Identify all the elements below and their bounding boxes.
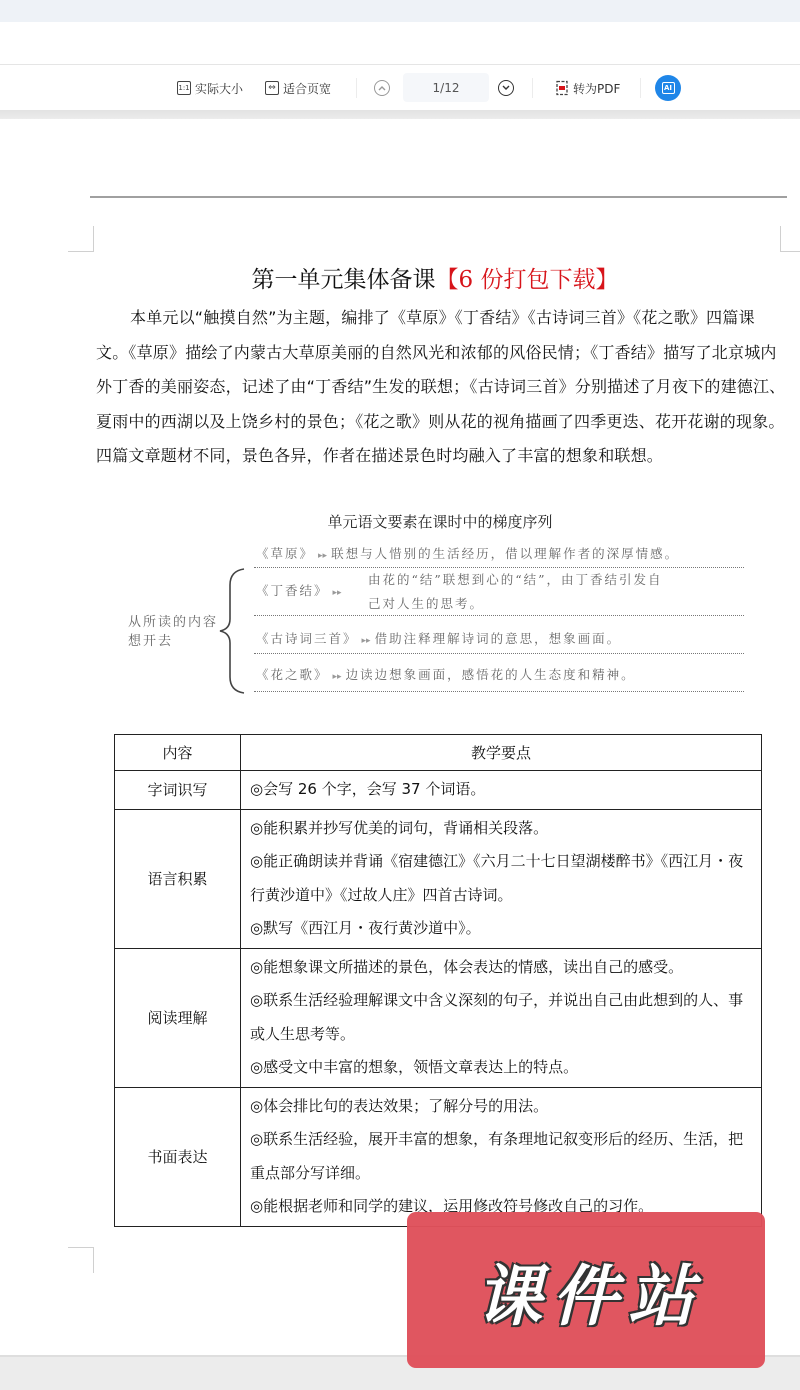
table-row: 字词识写 ◎会写 26 个字，会写 37 个词语。	[115, 771, 762, 810]
table-row: 阅读理解 ◎能想象课文所描述的景色，体会表达的情感，读出自己的感受。 ◎联系生活…	[115, 948, 762, 1087]
teaching-point: ◎默写《西江月・夜行黄沙道中》。	[250, 912, 753, 946]
teaching-point: ◎能正确朗读并背诵《宿建德江》《六月二十七日望湖楼醉书》《西江月・夜行黄沙道中》…	[250, 845, 753, 912]
lesson-name: 《草原》	[256, 546, 314, 561]
margin-corner-mark	[68, 1247, 94, 1273]
diagram-title: 单元语文要素在课时中的梯度序列	[240, 511, 640, 532]
chevron-up-icon	[378, 85, 386, 91]
row-category: 语言积累	[115, 809, 241, 948]
table-row: 书面表达 ◎体会排比句的表达效果；了解分号的用法。 ◎联系生活经验，展开丰富的想…	[115, 1087, 762, 1226]
document-page: 第一单元集体备课【6 份打包下载】 本单元以“触摸自然”为主题，编排了《草原》《…	[0, 119, 800, 1355]
pdf-convert-icon	[555, 80, 569, 96]
convert-pdf-label: 转为PDF	[573, 80, 620, 97]
fit-width-icon: ⇔	[265, 81, 279, 95]
diagram-row: 《草原》▸▸联想与人惜别的生活经历，借以理解作者的深厚情感。	[256, 544, 746, 562]
lesson-name: 《花之歌》	[256, 667, 329, 682]
double-arrow-icon: ▸▸	[333, 672, 342, 682]
watermark-stamp: 课件站	[400, 1207, 770, 1377]
double-arrow-icon: ▸▸	[318, 551, 327, 561]
teaching-point: ◎感受文中丰富的想象，领悟文章表达上的特点。	[250, 1051, 753, 1085]
double-arrow-icon: ▸▸	[333, 588, 342, 598]
row-category: 阅读理解	[115, 948, 241, 1087]
teaching-points-table: 内容 教学要点 字词识写 ◎会写 26 个字，会写 37 个词语。 语言积累 ◎…	[114, 734, 762, 1227]
toolbar-divider	[356, 78, 357, 98]
row-text: 联想与人惜别的生活经历，借以理解作者的深厚情感。	[331, 546, 679, 561]
dotted-divider	[254, 691, 744, 692]
double-arrow-icon: ▸▸	[362, 636, 371, 646]
document-title: 第一单元集体备课【6 份打包下载】	[0, 261, 800, 294]
fit-width-button[interactable]: ⇔ 适合页宽	[265, 74, 331, 102]
watermark-text: 课件站	[430, 1243, 750, 1338]
prev-page-button[interactable]	[374, 80, 390, 96]
table-row: 语言积累 ◎能积累并抄写优美的词句，背诵相关段落。 ◎能正确朗读并背诵《宿建德江…	[115, 809, 762, 948]
dotted-divider	[254, 567, 744, 568]
row-text: 边读边想象画面，感悟花的人生态度和精神。	[346, 667, 636, 682]
toolbar-divider	[532, 78, 533, 98]
header-rule	[90, 196, 787, 198]
dotted-divider	[254, 615, 744, 616]
margin-corner-mark	[68, 226, 94, 252]
header-content: 内容	[115, 735, 241, 771]
ai-icon: AI	[662, 82, 675, 94]
diagram-row: 《古诗词三首》▸▸借助注释理解诗词的意思，想象画面。	[256, 629, 746, 647]
actual-size-label: 实际大小	[195, 80, 243, 97]
page-indicator-text: 1/12	[433, 81, 460, 95]
row-points: ◎能想象课文所描述的景色，体会表达的情感，读出自己的感受。 ◎联系生活经验理解课…	[241, 948, 762, 1087]
chevron-down-icon	[502, 85, 510, 91]
header-bar	[0, 22, 800, 65]
next-page-button[interactable]	[498, 80, 514, 96]
dotted-divider	[254, 653, 744, 654]
lesson-name: 《古诗词三首》	[256, 631, 358, 646]
teaching-point: ◎联系生活经验理解课文中含义深刻的句子，并说出自己由此想到的人、事或人生思考等。	[250, 984, 753, 1051]
row-text-line: 由花的“结”联想到心的“结”，由丁香结引发自	[368, 572, 663, 587]
teaching-point: ◎联系生活经验，展开丰富的想象，有条理地记叙变形后的经历、生活，把重点部分写详细…	[250, 1123, 753, 1190]
header-teaching-points: 教学要点	[241, 735, 762, 771]
page-indicator[interactable]: 1/12	[403, 73, 489, 102]
teaching-point: ◎能积累并抄写优美的词句，背诵相关段落。	[250, 812, 753, 846]
row-category: 书面表达	[115, 1087, 241, 1226]
convert-pdf-button[interactable]: 转为PDF	[555, 74, 620, 102]
title-main: 第一单元集体备课	[252, 267, 436, 293]
teaching-point: ◎能想象课文所描述的景色，体会表达的情感，读出自己的感受。	[250, 951, 753, 985]
table-header-row: 内容 教学要点	[115, 735, 762, 771]
teaching-point: ◎会写 26 个字，会写 37 个词语。	[250, 773, 753, 807]
actual-size-button[interactable]: 1:1 实际大小	[177, 74, 243, 102]
fit-width-label: 适合页宽	[283, 80, 331, 97]
margin-corner-mark	[780, 226, 800, 252]
brace-icon	[218, 567, 248, 695]
ai-assistant-button[interactable]: AI	[655, 75, 681, 101]
row-points: ◎会写 26 个字，会写 37 个词语。	[241, 771, 762, 810]
toolbar-divider	[640, 78, 641, 98]
diagram-left-label: 从所读的内容想开去	[128, 613, 218, 651]
title-highlight: 【6 份打包下载】	[436, 267, 619, 293]
intro-paragraph: 本单元以“触摸自然”为主题，编排了《草原》《丁香结》《古诗词三首》《花之歌》四篇…	[96, 301, 786, 474]
diagram-row-text: 由花的“结”联想到心的“结”，由丁香结引发自	[368, 570, 748, 588]
diagram-row-text: 己对人生的思考。	[368, 594, 748, 612]
row-points: ◎体会排比句的表达效果；了解分号的用法。 ◎联系生活经验，展开丰富的想象，有条理…	[241, 1087, 762, 1226]
diagram-row: 《花之歌》▸▸边读边想象画面，感悟花的人生态度和精神。	[256, 665, 746, 683]
row-text-line: 己对人生的思考。	[368, 596, 484, 611]
row-category: 字词识写	[115, 771, 241, 810]
row-points: ◎能积累并抄写优美的词句，背诵相关段落。 ◎能正确朗读并背诵《宿建德江》《六月二…	[241, 809, 762, 948]
row-text: 借助注释理解诗词的意思，想象画面。	[375, 631, 622, 646]
teaching-point: ◎体会排比句的表达效果；了解分号的用法。	[250, 1090, 753, 1124]
lesson-name: 《丁香结》	[256, 583, 329, 598]
actual-size-icon: 1:1	[177, 81, 191, 95]
toolbar-shadow	[0, 110, 800, 119]
top-strip	[0, 0, 800, 22]
